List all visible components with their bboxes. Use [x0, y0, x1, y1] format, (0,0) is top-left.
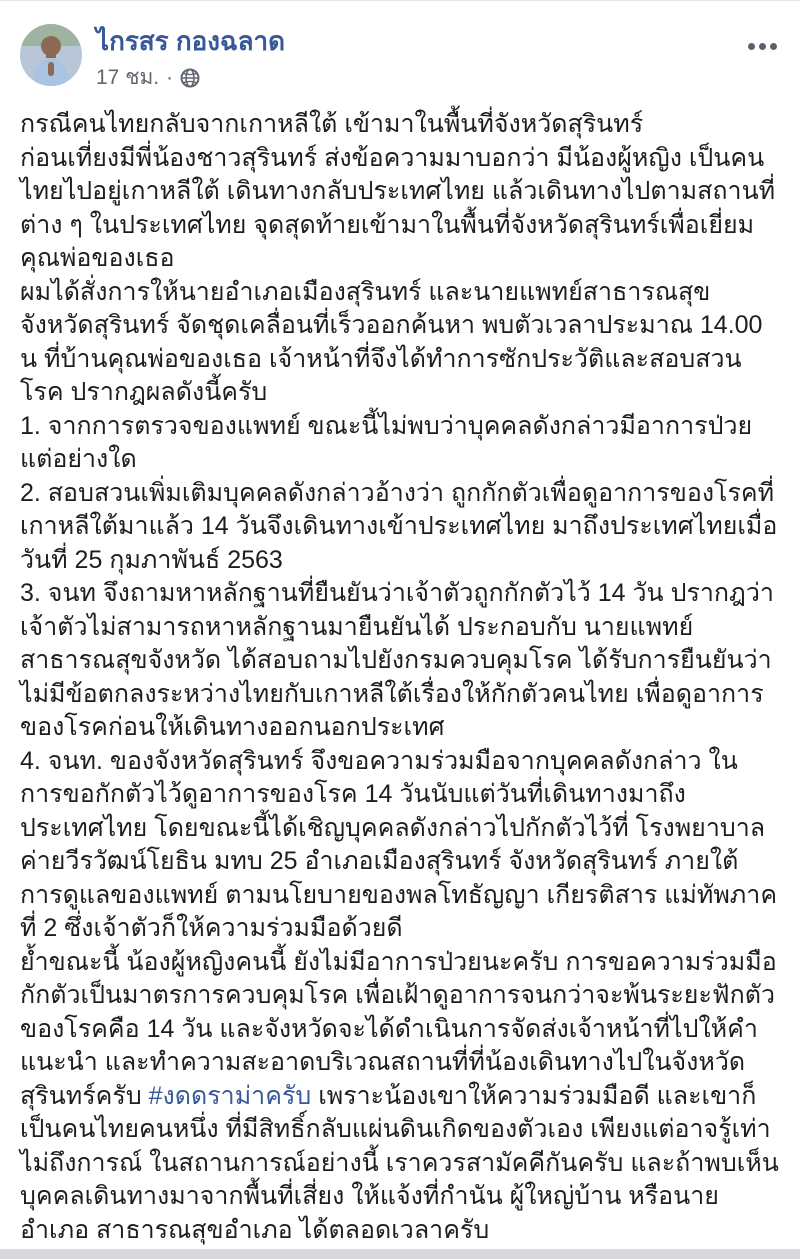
hashtag-link[interactable]: #งดดราม่าครับ: [149, 1082, 312, 1110]
post-paragraph: 3. จนท จึงถามหาหลักฐานที่ยืนยันว่าเจ้าตั…: [20, 577, 780, 745]
post-paragraph-final: ย้ำขณะนี้ น้องผู้หญิงคนนี้ ยังไม่มีอาการ…: [20, 946, 780, 1248]
globe-privacy-icon: [180, 68, 200, 88]
post-header: ไกรสร กองฉลาด 17 ชม. ·: [0, 8, 800, 104]
avatar[interactable]: [20, 24, 82, 86]
avatar-image: [20, 24, 82, 86]
post-paragraph: ก่อนเที่ยงมีพี่น้องชาวสุรินทร์ ส่งข้อควา…: [20, 142, 780, 276]
timestamp[interactable]: 17 ชม.: [96, 61, 159, 94]
post-paragraph: ผมได้สั่งการให้นายอำเภอเมืองสุรินทร์ และ…: [20, 276, 780, 410]
post-paragraph: กรณีคนไทยกลับจากเกาหลีใต้ เข้ามาในพื้นที…: [20, 108, 780, 142]
post-meta-row: 17 ชม. ·: [96, 61, 285, 94]
meta-separator: ·: [166, 66, 173, 90]
header-meta: ไกรสร กองฉลาด 17 ชม. ·: [96, 24, 285, 94]
facebook-post-card: ไกรสร กองฉลาด 17 ชม. ·: [0, 0, 800, 1259]
post-paragraph: 4. จนท. ของจังหวัดสุรินทร์ จึงขอความร่วม…: [20, 745, 780, 946]
more-options-button[interactable]: [738, 30, 786, 62]
attached-photo-top-edge[interactable]: [0, 1249, 800, 1259]
post-body: กรณีคนไทยกลับจากเกาหลีใต้ เข้ามาในพื้นที…: [0, 104, 800, 1253]
ellipsis-icon: [748, 43, 755, 50]
author-name[interactable]: ไกรสร กองฉลาด: [96, 26, 285, 57]
post-paragraph: 2. สอบสวนเพิ่มเติมบุคคลดังกล่าวอ้างว่า ถ…: [20, 477, 780, 578]
post-paragraph: 1. จากการตรวจของแพทย์ ขณะนี้ไม่พบว่าบุคค…: [20, 410, 780, 477]
